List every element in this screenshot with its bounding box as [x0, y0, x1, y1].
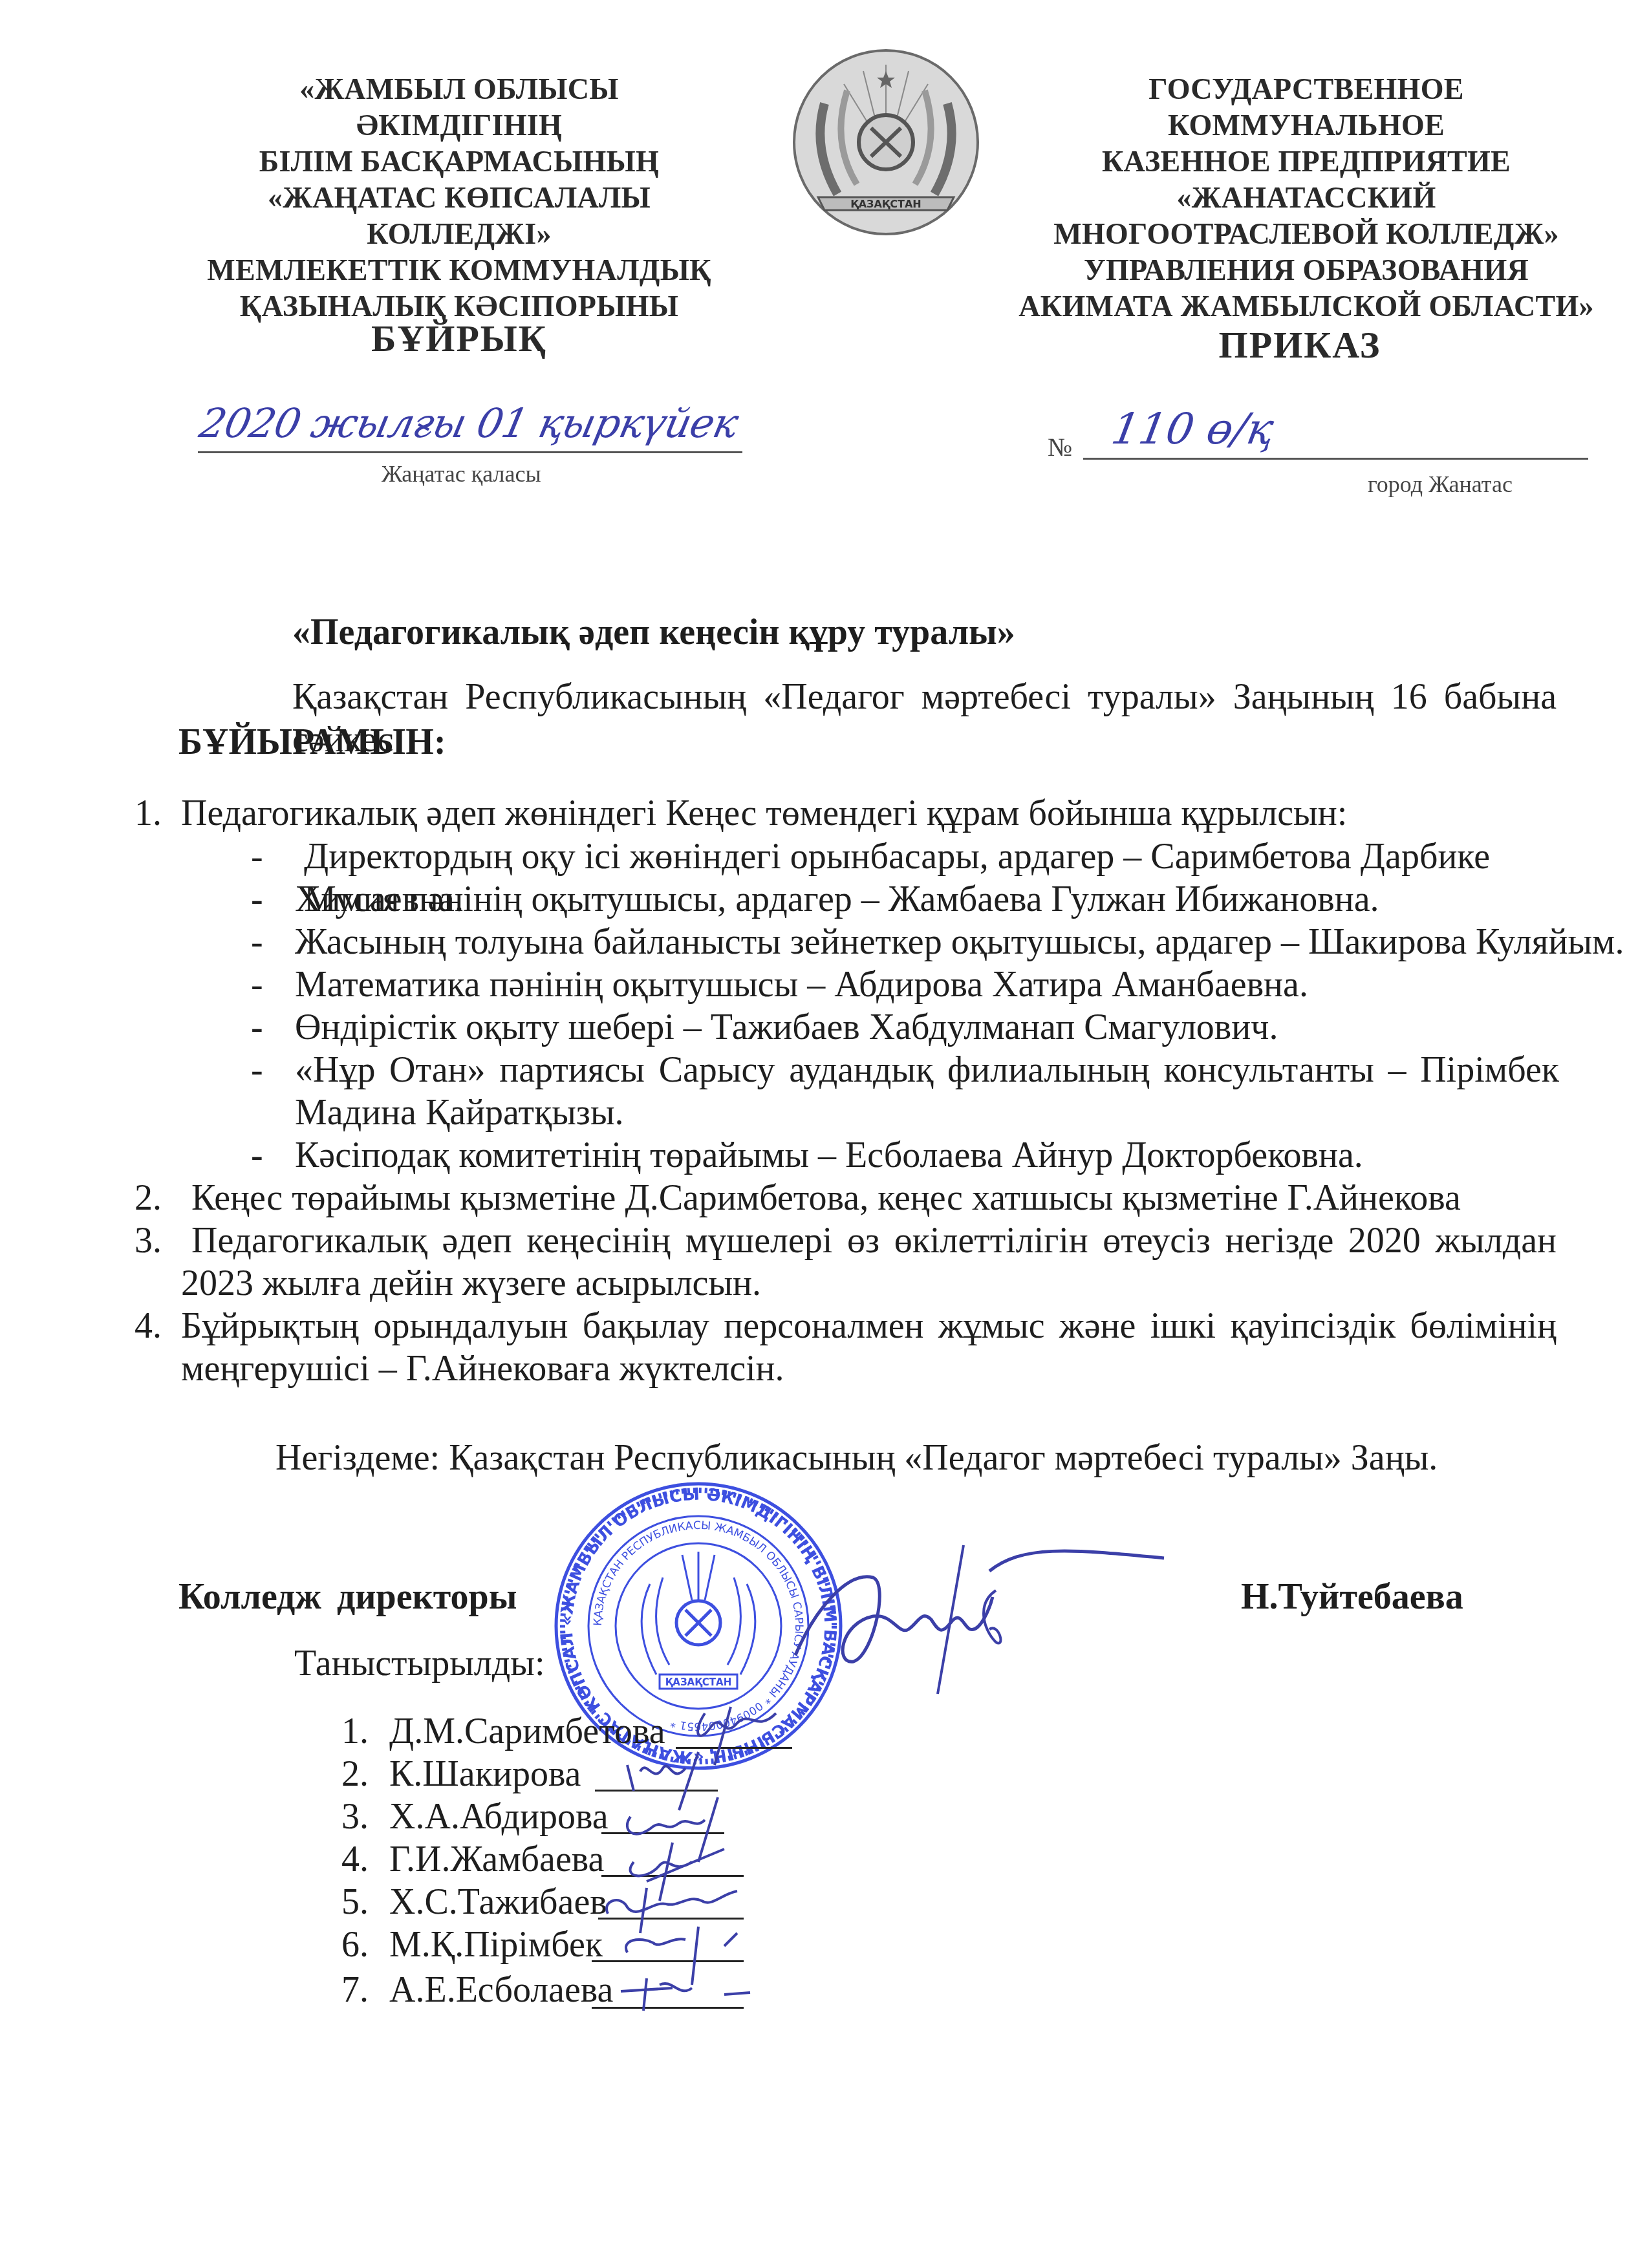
header-ru-line: АКИМАТА ЖАМБЫЛСКОЙ ОБЛАСТИ» [1009, 288, 1604, 325]
doc-type-ru: ПРИКАЗ [1099, 323, 1500, 367]
state-emblem-icon: ҚАЗАҚСТАН [786, 45, 986, 239]
item-number: 4. [135, 1305, 162, 1347]
item-number: 1. [135, 792, 162, 835]
date-handwritten: 2020 жылғы 01 қыркүйек [195, 400, 742, 447]
ack-number: 5. [341, 1881, 389, 1923]
header-kz-line: КОЛЛЕДЖІ» [194, 216, 724, 252]
svg-text:ҚАЗАҚСТАН: ҚАЗАҚСТАН [850, 198, 921, 210]
ack-name: Г.И.Жамбаева [389, 1839, 604, 1879]
ack-row: 7.А.Е.Есболаева [341, 1969, 613, 2011]
member-item: Өндірістік оқыту шебері – Тажибаев Хабду… [295, 1006, 1278, 1049]
header-kz-line: БІЛІМ БАСҚАРМАСЫНЫҢ [194, 144, 724, 180]
ack-name: А.Е.Есболаева [389, 1970, 613, 2010]
svg-text:ҚАЗАҚСТАН: ҚАЗАҚСТАН [665, 1676, 732, 1688]
number-prefix: № [1048, 432, 1072, 462]
order-title: «Педагогикалық әдеп кеңесін құру туралы» [292, 611, 1015, 654]
item-text: Бұйрықтың орындалуын бақылау персоналмен… [181, 1305, 1557, 1390]
acknowledged-label: Таныстырылды: [294, 1642, 544, 1685]
ack-number: 7. [341, 1969, 389, 2011]
ack-row: 5.Х.С.Тажибаев [341, 1881, 607, 1923]
signer-name: Н.Туйтебаева [1241, 1576, 1463, 1618]
date-underline [198, 451, 742, 453]
ack-signatures [582, 1694, 815, 2017]
header-kz-line: МЕМЛЕКЕТТІК КОММУНАЛДЫҚ [194, 252, 724, 288]
city-kz: Жаңатас қаласы [382, 460, 541, 487]
bullet-dash: - [251, 963, 263, 1006]
ack-row: 3.Х.А.Абдирова [341, 1795, 609, 1838]
header-ru-line: КАЗЕННОЕ ПРЕДПРИЯТИЕ [1009, 144, 1604, 180]
header-kz-line: «ЖАМБЫЛ ОБЛЫСЫ ӘКІМДІГІНІҢ [194, 71, 724, 144]
header-ru-line: «ЖАНАТАССКИЙ [1009, 180, 1604, 216]
director-signature [776, 1532, 1177, 1700]
number-handwritten: 110 ө/қ [1108, 404, 1277, 454]
bullet-dash: - [251, 1049, 263, 1091]
ack-row: 4.Г.И.Жамбаева [341, 1838, 604, 1881]
ack-row: 6.М.Қ.Пірімбек [341, 1923, 603, 1966]
bullet-dash: - [251, 878, 263, 921]
item-text: Кеңес төрайымы қызметіне Д.Саримбетова, … [191, 1177, 1461, 1219]
item-text: Педагогикалық әдеп кеңесінің мүшелері өз… [181, 1219, 1557, 1305]
header-ru-line: МНОГООТРАСЛЕВОЙ КОЛЛЕДЖ» [1009, 216, 1604, 252]
member-item: Кәсіподақ комитетінің төрайымы – Есболае… [295, 1134, 1363, 1177]
city-ru: город Жанатас [1368, 471, 1513, 498]
ack-number: 4. [341, 1838, 389, 1881]
item-number: 3. [135, 1219, 162, 1262]
signer-position: Колледж директоры [178, 1576, 517, 1618]
member-item: Жасының толуына байланысты зейнеткер оқы… [295, 921, 1624, 963]
member-item: «Нұр Отан» партиясы Сарысу аудандық фили… [295, 1049, 1559, 1134]
ack-number: 2. [341, 1753, 389, 1795]
ack-name: М.Қ.Пірімбек [389, 1925, 603, 1965]
basis-text: Негіздеме: Қазақстан Республикасының «Пе… [275, 1437, 1438, 1479]
header-kz-line: «ЖАҢАТАС КӨПСАЛАЛЫ [194, 180, 724, 216]
ack-number: 1. [341, 1710, 389, 1753]
bullet-dash: - [251, 921, 263, 963]
item-number: 2. [135, 1177, 162, 1219]
ack-row: 2.К.Шакирова [341, 1753, 581, 1795]
item-text: Педагогикалық әдеп жөніндегі Кеңес төмен… [181, 792, 1347, 835]
ack-number: 3. [341, 1795, 389, 1838]
number-underline [1083, 458, 1588, 460]
header-kazakh: «ЖАМБЫЛ ОБЛЫСЫ ӘКІМДІГІНІҢ БІЛІМ БАСҚАРМ… [194, 71, 724, 325]
bullet-dash: - [251, 835, 263, 878]
preamble-text: Қазақстан Республикасының «Педагог мәрте… [292, 676, 1557, 761]
ack-name: Х.С.Тажибаев [389, 1882, 607, 1922]
header-ru-line: ГОСУДАРСТВЕННОЕ КОММУНАЛЬНОЕ [1009, 71, 1604, 144]
header-russian: ГОСУДАРСТВЕННОЕ КОММУНАЛЬНОЕ КАЗЕННОЕ ПР… [1009, 71, 1604, 325]
doc-type-kz: БҰЙРЫҚ [259, 317, 660, 360]
ack-number: 6. [341, 1923, 389, 1966]
ack-name: К.Шакирова [389, 1754, 581, 1794]
bullet-dash: - [251, 1006, 263, 1049]
header-ru-line: УПРАВЛЕНИЯ ОБРАЗОВАНИЯ [1009, 252, 1604, 288]
ack-name: Х.А.Абдирова [389, 1797, 609, 1837]
member-item: Математика пәнінің оқытушысы – Абдирова … [295, 963, 1308, 1006]
order-word: БҰЙЫРАМЫН: [178, 721, 446, 764]
member-item: Химия пәнінің оқытушысы, ардагер – Жамба… [295, 878, 1379, 921]
bullet-dash: - [251, 1134, 263, 1177]
